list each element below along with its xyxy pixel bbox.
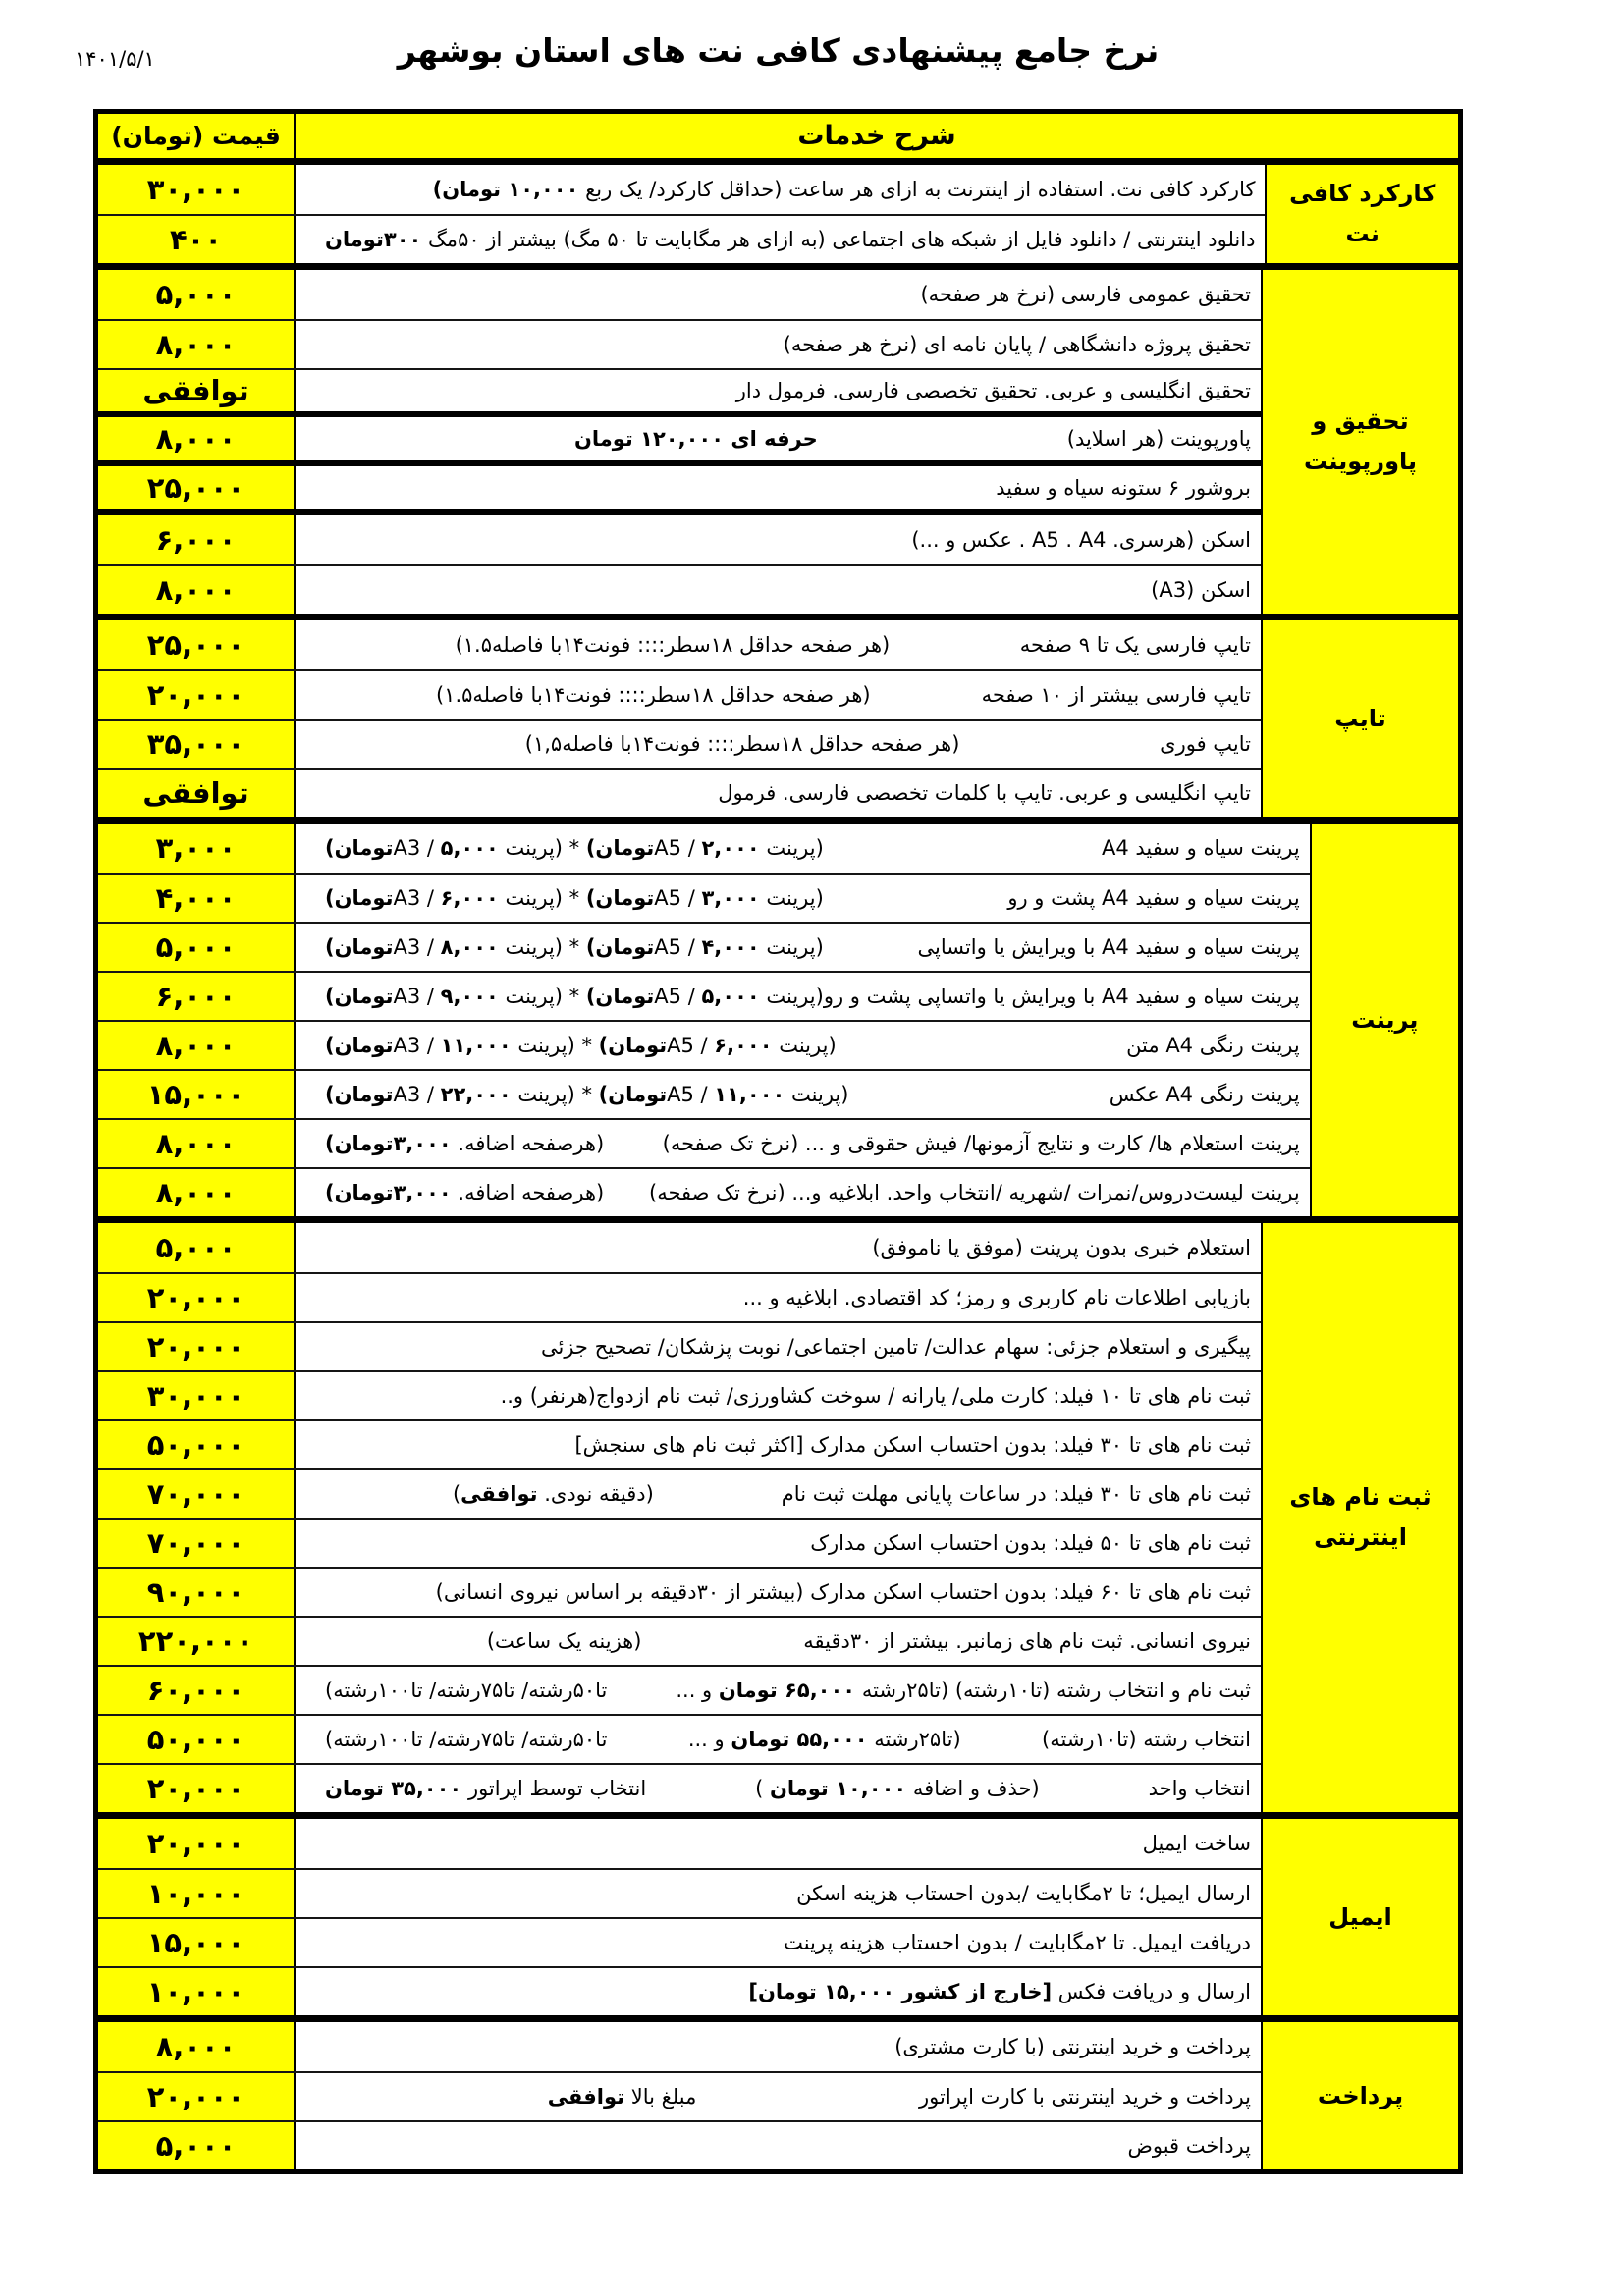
price-cell: ۵,۰۰۰ — [98, 270, 296, 319]
page-title: نرخ جامع پیشنهادی کافی نت های استان بوشه… — [93, 31, 1463, 70]
service-text: پرینت رنگی A4 عکس — [1110, 1083, 1300, 1106]
service-text: پرداخت قبوض — [1127, 2134, 1251, 2158]
table-row: پرداخت و خرید اینترنتی (با کارت مشتری)۸,… — [98, 2022, 1261, 2071]
table-row: پاورپوینت (هر اسلاید)حرفه ای ۱۲۰,۰۰۰ توم… — [98, 417, 1261, 466]
service-text: تحقیق پروژه دانشگاهی / پایان نامه ای (نر… — [784, 333, 1251, 356]
service-text: تایپ فارسی یک تا ۹ صفحه — [1020, 633, 1251, 657]
service-cell: کارکرد کافی نت. استفاده از اینترنت به از… — [296, 165, 1265, 214]
service-cell: اسکن (هرسری. A4‏ . A5‏ . عکس و ...) — [296, 515, 1261, 564]
service-text: انتخاب واحد — [1149, 1777, 1251, 1800]
price-cell: ۱۰,۰۰۰ — [98, 1870, 296, 1917]
price-cell: ۱۰,۰۰۰ — [98, 1968, 296, 2015]
rates-table: شرح خدمات قیمت (تومان) کارکرد کافی نتکار… — [93, 109, 1463, 2174]
table-row: تایپ انگلیسی و عربی. تایپ با کلمات تخصصی… — [98, 768, 1261, 817]
service-text: (پرینت A5 / ۶,۰۰۰تومان) * (پرینت A3 / ۱۱… — [325, 1034, 837, 1057]
price-cell: ۷۰,۰۰۰ — [98, 1520, 296, 1567]
service-cell: پرینت استعلام ها/ کارت و نتایج آزمونها/ … — [296, 1120, 1310, 1167]
table-row: پیگیری و استعلام جزئی: سهام عدالت/ تامین… — [98, 1321, 1261, 1370]
service-text: ساخت ایمیل — [1143, 1832, 1251, 1855]
price-cell: ۸,۰۰۰ — [98, 1169, 296, 1216]
service-text: (پرینت A5 / ۲,۰۰۰تومان) * (پرینت A3 / ۵,… — [325, 836, 824, 860]
table-row: پرینت لیست‌دروس/نمرات /شهریه /انتخاب واح… — [98, 1167, 1310, 1216]
service-text: ثبت نام و انتخاب رشته (تا۱۰رشته) (تا۲۵رش… — [676, 1679, 1251, 1702]
category-cell: تحقیق و پاورپوینت — [1261, 270, 1458, 614]
service-cell: ثبت نام های تا ۶۰ فیلد: بدون احتساب اسکن… — [296, 1569, 1261, 1616]
price-cell: ۵,۰۰۰ — [98, 924, 296, 971]
price-cell: ۲۰,۰۰۰ — [98, 671, 296, 719]
service-text: ثبت نام های تا ۳۰ فیلد: در ساعات پایانی … — [782, 1482, 1251, 1506]
service-cell: ارسال و دریافت فکس [خارج از کشور ۱۵,۰۰۰ … — [296, 1968, 1261, 2015]
price-cell: ۸,۰۰۰ — [98, 566, 296, 614]
price-cell: ۴۰۰ — [98, 216, 296, 263]
service-text: (هزینه یک ساعت) — [487, 1629, 642, 1653]
service-cell: ثبت نام های تا ۳۰ فیلد: بدون احتساب اسکن… — [296, 1421, 1261, 1468]
service-cell: پرینت لیست‌دروس/نمرات /شهریه /انتخاب واح… — [296, 1169, 1310, 1216]
service-text: پرینت لیست‌دروس/نمرات /شهریه /انتخاب واح… — [649, 1181, 1300, 1204]
service-text: ثبت نام های تا ۵۰ فیلد: بدون احتساب اسکن… — [810, 1531, 1251, 1555]
table-row: تایپ فارسی یک تا ۹ صفحه(هر صفحه حداقل ۱۸… — [98, 620, 1261, 669]
table-row: پرداخت و خرید اینترنتی با کارت اپراتورمب… — [98, 2071, 1261, 2120]
document-page: ۱۴۰۱/۵/۱ نرخ جامع پیشنهادی کافی نت های ا… — [0, 0, 1624, 2296]
price-cell: ۶۰,۰۰۰ — [98, 1667, 296, 1714]
service-text: ثبت نام های تا ۱۰ فیلد: کارت ملی/ یارانه… — [501, 1384, 1251, 1408]
service-rows: تحقیق عمومی فارسی (نرخ هر صفحه)۵,۰۰۰تحقی… — [98, 270, 1261, 614]
category-cell: ایمیل — [1261, 1819, 1458, 2015]
table-row: تحقیق پروژه دانشگاهی / پایان نامه ای (نر… — [98, 319, 1261, 368]
service-text: اسکن (هرسری. A4‏ . A5‏ . عکس و ...) — [911, 528, 1251, 552]
category-group: پرداختپرداخت و خرید اینترنتی (با کارت مش… — [98, 2015, 1458, 2169]
table-row: اسکن (هرسری. A4‏ . A5‏ . عکس و ...)۶,۰۰۰ — [98, 515, 1261, 564]
price-cell: ۵,۰۰۰ — [98, 2122, 296, 2169]
service-text: (پرینت A5 / ۴,۰۰۰تومان) * (پرینت A3 / ۸,… — [325, 935, 824, 959]
service-cell: دریافت ایمیل. تا ۲مگابایت / بدون احستاب … — [296, 1919, 1261, 1966]
service-text: (هر صفحه حداقل ۱۸سطر:::: فونت۱۴با فاصله۱… — [436, 683, 871, 707]
service-text: پرینت سیاه و سفید A4 با ویرایش یا واتساپ… — [824, 985, 1300, 1008]
service-cell: ارسال ایمیل؛ تا ۲مگابایت /بدون احستاب هز… — [296, 1870, 1261, 1917]
service-text: (هرصفحه اضافه. ۳,۰۰۰تومان) — [325, 1181, 604, 1204]
service-cell: دانلود اینترنتی / دانلود فایل از شبکه ها… — [296, 216, 1265, 263]
table-row: اسکن (A3)۸,۰۰۰ — [98, 564, 1261, 614]
service-text: (هر صفحه حداقل ۱۸سطر:::: فونت۱۴با فاصله۱… — [525, 732, 960, 756]
price-cell: ۲۰,۰۰۰ — [98, 1323, 296, 1370]
price-cell: ۶,۰۰۰ — [98, 515, 296, 564]
service-cell: استعلام خبری بدون پرینت (موفق یا ناموفق) — [296, 1223, 1261, 1272]
table-row: ثبت نام های تا ۳۰ فیلد: بدون احتساب اسکن… — [98, 1419, 1261, 1468]
category-cell: ثبت نام های اینترنتی — [1261, 1223, 1458, 1812]
service-text: دریافت ایمیل. تا ۲مگابایت / بدون احستاب … — [784, 1931, 1251, 1954]
service-text: پرینت سیاه و سفید A4 — [1102, 836, 1300, 860]
service-cell: پرداخت و خرید اینترنتی با کارت اپراتورمب… — [296, 2073, 1261, 2120]
service-text: دانلود اینترنتی / دانلود فایل از شبکه ها… — [325, 228, 1255, 251]
service-cell: تحقیق پروژه دانشگاهی / پایان نامه ای (نر… — [296, 321, 1261, 368]
service-cell: بازیابی اطلاعات نام کاربری و رمز؛ کد اقت… — [296, 1274, 1261, 1321]
table-row: پرداخت قبوض۵,۰۰۰ — [98, 2120, 1261, 2169]
table-row: دریافت ایمیل. تا ۲مگابایت / بدون احستاب … — [98, 1917, 1261, 1966]
category-group: تایپتایپ فارسی یک تا ۹ صفحه(هر صفحه حداق… — [98, 614, 1458, 817]
price-cell: ۲۰,۰۰۰ — [98, 1765, 296, 1812]
price-cell: ۳۰,۰۰۰ — [98, 165, 296, 214]
service-text: استعلام خبری بدون پرینت (موفق یا ناموفق) — [872, 1236, 1251, 1259]
table-row: پرینت رنگی A4 عکس(پرینت A5 / ۱۱,۰۰۰تومان… — [98, 1069, 1310, 1118]
service-rows: پرداخت و خرید اینترنتی (با کارت مشتری)۸,… — [98, 2022, 1261, 2169]
service-rows: ساخت ایمیل۲۰,۰۰۰ارسال ایمیل؛ تا ۲مگابایت… — [98, 1819, 1261, 2015]
price-cell: ۶,۰۰۰ — [98, 973, 296, 1020]
service-cell: پاورپوینت (هر اسلاید)حرفه ای ۱۲۰,۰۰۰ توم… — [296, 417, 1261, 460]
table-row: تحقیق انگلیسی و عربی. تحقیق تخصصی فارسی.… — [98, 368, 1261, 417]
service-text: تا۵۰رشته/ تا۷۵رشته/ تا۱۰۰رشته) — [325, 1679, 607, 1702]
service-text: پرداخت و خرید اینترنتی با کارت اپراتور — [919, 2085, 1251, 2109]
table-row: ثبت نام های تا ۱۰ فیلد: کارت ملی/ یارانه… — [98, 1370, 1261, 1419]
service-cell: ثبت نام های تا ۱۰ فیلد: کارت ملی/ یارانه… — [296, 1372, 1261, 1419]
category-group: ثبت نام های اینترنتیاستعلام خبری بدون پر… — [98, 1216, 1458, 1812]
service-text: ثبت نام های تا ۳۰ فیلد: بدون احتساب اسکن… — [574, 1433, 1251, 1457]
table-row: ساخت ایمیل۲۰,۰۰۰ — [98, 1819, 1261, 1868]
table-row: پرینت سیاه و سفید A4(پرینت A5 / ۲,۰۰۰توم… — [98, 824, 1310, 873]
service-rows: تایپ فارسی یک تا ۹ صفحه(هر صفحه حداقل ۱۸… — [98, 620, 1261, 817]
service-text: پیگیری و استعلام جزئی: سهام عدالت/ تامین… — [541, 1335, 1251, 1359]
service-cell: تایپ انگلیسی و عربی. تایپ با کلمات تخصصی… — [296, 770, 1261, 817]
price-cell: ۲۵,۰۰۰ — [98, 620, 296, 669]
service-cell: بروشور ۶ ستونه سیاه و سفید — [296, 466, 1261, 509]
service-text: (حذف و اضافه ۱۰,۰۰۰ تومان ) — [755, 1777, 1040, 1800]
service-cell: پرداخت قبوض — [296, 2122, 1261, 2169]
service-cell: پرینت سیاه و سفید A4(پرینت A5 / ۲,۰۰۰توم… — [296, 824, 1310, 873]
table-row: ارسال و دریافت فکس [خارج از کشور ۱۵,۰۰۰ … — [98, 1966, 1261, 2015]
category-group: کارکرد کافی نتکارکرد کافی نت. استفاده از… — [98, 165, 1458, 263]
service-text: پرینت استعلام ها/ کارت و نتایج آزمونها/ … — [663, 1132, 1300, 1155]
service-cell: ساخت ایمیل — [296, 1819, 1261, 1868]
service-cell: ثبت نام های تا ۵۰ فیلد: بدون احتساب اسکن… — [296, 1520, 1261, 1567]
table-row: ثبت نام و انتخاب رشته (تا۱۰رشته) (تا۲۵رش… — [98, 1665, 1261, 1714]
service-text: پرینت سیاه و سفید A4 با ویرایش یا واتساپ… — [917, 935, 1299, 959]
table-row: تحقیق عمومی فارسی (نرخ هر صفحه)۵,۰۰۰ — [98, 270, 1261, 319]
service-text: پرداخت و خرید اینترنتی (با کارت مشتری) — [894, 2035, 1251, 2058]
service-text: (پرینت A5 / ۵,۰۰۰تومان) * (پرینت A3 / ۹,… — [325, 985, 824, 1008]
service-cell: انتخاب واحد(حذف و اضافه ۱۰,۰۰۰ تومان )ان… — [296, 1765, 1261, 1812]
price-cell: ۳۵,۰۰۰ — [98, 721, 296, 768]
price-cell: ۲۰,۰۰۰ — [98, 1274, 296, 1321]
header-services-cell: شرح خدمات — [296, 114, 1458, 158]
table-row: انتخاب رشته (تا۱۰رشته)(تا۲۵رشته ۵۵,۰۰۰ ت… — [98, 1714, 1261, 1763]
service-cell: انتخاب رشته (تا۱۰رشته)(تا۲۵رشته ۵۵,۰۰۰ ت… — [296, 1716, 1261, 1763]
category-cell: پرداخت — [1261, 2022, 1458, 2169]
category-cell: تایپ — [1261, 620, 1458, 817]
table-row: ارسال ایمیل؛ تا ۲مگابایت /بدون احستاب هز… — [98, 1868, 1261, 1917]
service-text: نیروی انسانی. ثبت نام های زمانبر. بیشتر … — [803, 1629, 1251, 1653]
price-cell: ۱۵,۰۰۰ — [98, 1919, 296, 1966]
price-cell: ۳,۰۰۰ — [98, 824, 296, 873]
table-row: بازیابی اطلاعات نام کاربری و رمز؛ کد اقت… — [98, 1272, 1261, 1321]
service-text: اسکن (A3) — [1151, 578, 1251, 602]
service-cell: تایپ فارسی بیشتر از ۱۰ صفحه(هر صفحه حداق… — [296, 671, 1261, 719]
price-cell: ۲۰,۰۰۰ — [98, 2073, 296, 2120]
service-text: (تا۲۵رشته ۵۵,۰۰۰ تومان و ... — [688, 1728, 961, 1751]
service-cell: ثبت نام های تا ۳۰ فیلد: در ساعات پایانی … — [296, 1470, 1261, 1518]
table-row: ثبت نام های تا ۵۰ فیلد: بدون احتساب اسکن… — [98, 1518, 1261, 1567]
price-cell: ۸,۰۰۰ — [98, 1120, 296, 1167]
price-cell: ۵,۰۰۰ — [98, 1223, 296, 1272]
table-row: دانلود اینترنتی / دانلود فایل از شبکه ها… — [98, 214, 1265, 263]
service-cell: پرینت سیاه و سفید A4 با ویرایش یا واتساپ… — [296, 973, 1310, 1020]
service-cell: پرداخت و خرید اینترنتی (با کارت مشتری) — [296, 2022, 1261, 2071]
table-row: پرینت رنگی A4 متن(پرینت A5 / ۶,۰۰۰تومان)… — [98, 1020, 1310, 1069]
price-cell: ۴,۰۰۰ — [98, 875, 296, 922]
service-text: ارسال ایمیل؛ تا ۲مگابایت /بدون احستاب هز… — [796, 1882, 1251, 1905]
service-cell: پرینت سیاه و سفید A4 با ویرایش یا واتساپ… — [296, 924, 1310, 971]
service-text: پاورپوینت (هر اسلاید) — [1067, 427, 1251, 451]
service-cell: تحقیق عمومی فارسی (نرخ هر صفحه) — [296, 270, 1261, 319]
price-cell: ۵۰,۰۰۰ — [98, 1421, 296, 1468]
service-text: حرفه ای ۱۲۰,۰۰۰ تومان — [574, 427, 818, 451]
table-body: کارکرد کافی نتکارکرد کافی نت. استفاده از… — [98, 165, 1458, 2169]
table-row: بروشور ۶ ستونه سیاه و سفید۲۵,۰۰۰ — [98, 466, 1261, 515]
service-text: تایپ انگلیسی و عربی. تایپ با کلمات تخصصی… — [718, 781, 1251, 805]
category-cell: پرینت — [1310, 824, 1458, 1216]
service-cell: پرینت سیاه و سفید A4 پشت و رو(پرینت A5 /… — [296, 875, 1310, 922]
service-text: تا۵۰رشته/ تا۷۵رشته/ تا۱۰۰رشته) — [325, 1728, 607, 1751]
service-cell: تایپ فوری(هر صفحه حداقل ۱۸سطر:::: فونت۱۴… — [296, 721, 1261, 768]
category-group: تحقیق و پاورپوینتتحقیق عمومی فارسی (نرخ … — [98, 263, 1458, 614]
service-text: تحقیق انگلیسی و عربی. تحقیق تخصصی فارسی.… — [736, 379, 1251, 402]
table-row: پرینت سیاه و سفید A4 با ویرایش یا واتساپ… — [98, 971, 1310, 1020]
table-row: ثبت نام های تا ۶۰ فیلد: بدون احتساب اسکن… — [98, 1567, 1261, 1616]
table-row: پرینت سیاه و سفید A4 با ویرایش یا واتساپ… — [98, 922, 1310, 971]
service-text: (هرصفحه اضافه. ۳,۰۰۰تومان) — [325, 1132, 604, 1155]
table-row: ثبت نام های تا ۳۰ فیلد: در ساعات پایانی … — [98, 1468, 1261, 1518]
service-text: کارکرد کافی نت. استفاده از اینترنت به از… — [433, 178, 1256, 201]
table-row: تایپ فوری(هر صفحه حداقل ۱۸سطر:::: فونت۱۴… — [98, 719, 1261, 768]
table-row: استعلام خبری بدون پرینت (موفق یا ناموفق)… — [98, 1223, 1261, 1272]
service-text: مبلغ بالا توافقی — [548, 2085, 697, 2109]
service-cell: تایپ فارسی یک تا ۹ صفحه(هر صفحه حداقل ۱۸… — [296, 620, 1261, 669]
table-row: پرینت استعلام ها/ کارت و نتایج آزمونها/ … — [98, 1118, 1310, 1167]
price-cell: ۸,۰۰۰ — [98, 321, 296, 368]
service-text: (پرینت A5 / ۱۱,۰۰۰تومان) * (پرینت A3 / ۲… — [325, 1083, 848, 1106]
price-cell: ۲۵,۰۰۰ — [98, 466, 296, 509]
category-group: ایمیلساخت ایمیل۲۰,۰۰۰ارسال ایمیل؛ تا ۲مگ… — [98, 1812, 1458, 2015]
service-text: (دقیقه نودی. توافقی) — [453, 1482, 654, 1506]
price-cell: ۲۲۰,۰۰۰ — [98, 1618, 296, 1665]
table-row: کارکرد کافی نت. استفاده از اینترنت به از… — [98, 165, 1265, 214]
price-cell: توافقی — [98, 370, 296, 411]
service-text: تایپ فارسی بیشتر از ۱۰ صفحه — [982, 683, 1251, 707]
table-row: پرینت سیاه و سفید A4 پشت و رو(پرینت A5 /… — [98, 873, 1310, 922]
service-cell: ثبت نام و انتخاب رشته (تا۱۰رشته) (تا۲۵رش… — [296, 1667, 1261, 1714]
service-cell: تحقیق انگلیسی و عربی. تحقیق تخصصی فارسی.… — [296, 370, 1261, 411]
service-text: تایپ فوری — [1160, 732, 1251, 756]
price-cell: توافقی — [98, 770, 296, 817]
service-text: پرینت رنگی A4 متن — [1126, 1034, 1300, 1057]
service-text: تحقیق عمومی فارسی (نرخ هر صفحه) — [920, 283, 1251, 306]
service-cell: پرینت رنگی A4 متن(پرینت A5 / ۶,۰۰۰تومان)… — [296, 1022, 1310, 1069]
service-rows: پرینت سیاه و سفید A4(پرینت A5 / ۲,۰۰۰توم… — [98, 824, 1310, 1216]
service-cell: نیروی انسانی. ثبت نام های زمانبر. بیشتر … — [296, 1618, 1261, 1665]
service-text: پرینت سیاه و سفید A4 پشت و رو — [1007, 886, 1299, 910]
table-row: نیروی انسانی. ثبت نام های زمانبر. بیشتر … — [98, 1616, 1261, 1665]
price-cell: ۲۰,۰۰۰ — [98, 1819, 296, 1868]
service-text: انتخاب رشته (تا۱۰رشته) — [1042, 1728, 1251, 1751]
price-cell: ۵۰,۰۰۰ — [98, 1716, 296, 1763]
service-text: ارسال و دریافت فکس [خارج از کشور ۱۵,۰۰۰ … — [748, 1980, 1251, 2003]
price-cell: ۷۰,۰۰۰ — [98, 1470, 296, 1518]
service-text: بازیابی اطلاعات نام کاربری و رمز؛ کد اقت… — [743, 1286, 1251, 1309]
service-cell: اسکن (A3) — [296, 566, 1261, 614]
service-cell: پرینت رنگی A4 عکس(پرینت A5 / ۱۱,۰۰۰تومان… — [296, 1071, 1310, 1118]
price-cell: ۹۰,۰۰۰ — [98, 1569, 296, 1616]
service-text: (پرینت A5 / ۳,۰۰۰تومان) * (پرینت A3 / ۶,… — [325, 886, 824, 910]
category-group: پرینتپرینت سیاه و سفید A4(پرینت A5 / ۲,۰… — [98, 817, 1458, 1216]
service-text: (هر صفحه حداقل ۱۸سطر:::: فونت۱۴با فاصله۱… — [456, 633, 891, 657]
table-row: تایپ فارسی بیشتر از ۱۰ صفحه(هر صفحه حداق… — [98, 669, 1261, 719]
price-cell: ۱۵,۰۰۰ — [98, 1071, 296, 1118]
price-cell: ۳۰,۰۰۰ — [98, 1372, 296, 1419]
price-cell: ۸,۰۰۰ — [98, 417, 296, 460]
table-row: انتخاب واحد(حذف و اضافه ۱۰,۰۰۰ تومان )ان… — [98, 1763, 1261, 1812]
service-text: ثبت نام های تا ۶۰ فیلد: بدون احتساب اسکن… — [436, 1580, 1251, 1604]
service-cell: پیگیری و استعلام جزئی: سهام عدالت/ تامین… — [296, 1323, 1261, 1370]
header-price-cell: قیمت (تومان) — [98, 114, 296, 158]
category-cell: کارکرد کافی نت — [1265, 165, 1458, 263]
table-header: شرح خدمات قیمت (تومان) — [98, 114, 1458, 165]
price-cell: ۸,۰۰۰ — [98, 1022, 296, 1069]
service-text: بروشور ۶ ستونه سیاه و سفید — [996, 476, 1251, 500]
service-text: انتخاب توسط اپراتور ۳۵,۰۰۰ تومان — [325, 1777, 646, 1800]
service-rows: استعلام خبری بدون پرینت (موفق یا ناموفق)… — [98, 1223, 1261, 1812]
price-cell: ۸,۰۰۰ — [98, 2022, 296, 2071]
service-rows: کارکرد کافی نت. استفاده از اینترنت به از… — [98, 165, 1265, 263]
